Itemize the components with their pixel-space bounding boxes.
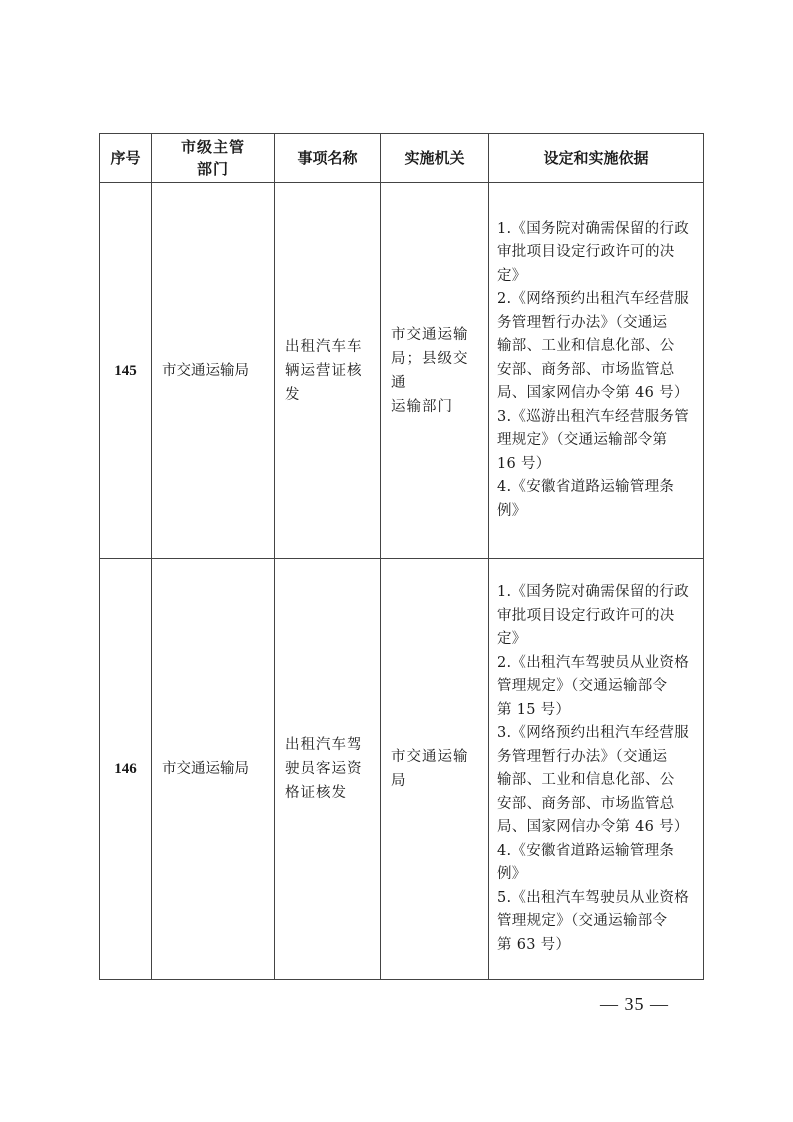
item-line: 发: [285, 383, 374, 407]
basis-line: 管理规定》（交通运输部令: [497, 910, 695, 934]
row-seq: 145: [100, 183, 152, 559]
approval-items-table: 序号 市级主管 部门 事项名称 实施机关 设定和实施依据 145 市交通运输局 …: [99, 133, 704, 980]
basis-line: 5.《出租汽车驾驶员从业资格: [497, 887, 695, 911]
basis-line: 安部、商务部、市场监管总: [497, 793, 695, 817]
basis-line: 审批项目设定行政许可的决: [497, 241, 695, 265]
basis-line: 3.《网络预约出租汽车经营服: [497, 722, 695, 746]
basis-line: 安部、商务部、市场监管总: [497, 359, 695, 383]
row-basis: 1.《国务院对确需保留的行政 审批项目设定行政许可的决 定》 2.《网络预约出租…: [489, 183, 704, 559]
basis-line: 务管理暂行办法》（交通运: [497, 312, 695, 336]
basis-line: 例》: [497, 500, 695, 524]
org-line: 局: [391, 769, 482, 793]
row-dept: 市交通运输局: [152, 183, 275, 559]
row-item-name: 出租汽车车 辆运营证核 发: [275, 183, 381, 559]
item-line: 驶员客运资: [285, 757, 374, 781]
basis-line: 16 号）: [497, 453, 695, 477]
item-line: 辆运营证核: [285, 359, 374, 383]
basis-line: 1.《国务院对确需保留的行政: [497, 581, 695, 605]
header-dept-line2: 部门: [152, 158, 274, 180]
header-dept-line1: 市级主管: [152, 136, 274, 158]
basis-line: 审批项目设定行政许可的决: [497, 605, 695, 629]
table-header-row: 序号 市级主管 部门 事项名称 实施机关 设定和实施依据: [100, 134, 704, 183]
row-basis: 1.《国务院对确需保留的行政 审批项目设定行政许可的决 定》 2.《出租汽车驾驶…: [489, 559, 704, 980]
basis-line: 4.《安徽省道路运输管理条: [497, 840, 695, 864]
row-item-name: 出租汽车驾 驶员客运资 格证核发: [275, 559, 381, 980]
header-org: 实施机关: [381, 134, 489, 183]
basis-line: 理规定》（交通运输部令第: [497, 429, 695, 453]
header-basis: 设定和实施依据: [489, 134, 704, 183]
item-line: 格证核发: [285, 781, 374, 805]
basis-line: 定》: [497, 265, 695, 289]
item-line: 出租汽车驾: [285, 733, 374, 757]
page-number: — 35 —: [600, 994, 669, 1015]
org-line: 市交通运输: [391, 323, 482, 347]
table-row: 146 市交通运输局 出租汽车驾 驶员客运资 格证核发 市交通运输 局 1.《国…: [100, 559, 704, 980]
table-row: 145 市交通运输局 出租汽车车 辆运营证核 发 市交通运输 局；县级交通 运输…: [100, 183, 704, 559]
org-line: 运输部门: [391, 395, 482, 419]
item-line: 出租汽车车: [285, 335, 374, 359]
basis-line: 例》: [497, 863, 695, 887]
basis-line: 输部、工业和信息化部、公: [497, 335, 695, 359]
basis-line: 4.《安徽省道路运输管理条: [497, 476, 695, 500]
basis-line: 1.《国务院对确需保留的行政: [497, 218, 695, 242]
row-org: 市交通运输 局；县级交通 运输部门: [381, 183, 489, 559]
row-dept: 市交通运输局: [152, 559, 275, 980]
basis-line: 输部、工业和信息化部、公: [497, 769, 695, 793]
org-line: 局；县级交通: [391, 347, 482, 395]
basis-line: 管理规定》（交通运输部令: [497, 675, 695, 699]
row-seq: 146: [100, 559, 152, 980]
basis-line: 局、国家网信办令第 46 号）: [497, 816, 695, 840]
basis-line: 3.《巡游出租汽车经营服务管: [497, 406, 695, 430]
header-dept: 市级主管 部门: [152, 134, 275, 183]
org-line: 市交通运输: [391, 745, 482, 769]
basis-line: 2.《网络预约出租汽车经营服: [497, 288, 695, 312]
basis-line: 第 15 号）: [497, 699, 695, 723]
basis-line: 第 63 号）: [497, 934, 695, 958]
row-org: 市交通运输 局: [381, 559, 489, 980]
header-seq: 序号: [100, 134, 152, 183]
basis-line: 局、国家网信办令第 46 号）: [497, 382, 695, 406]
basis-line: 2.《出租汽车驾驶员从业资格: [497, 652, 695, 676]
basis-line: 务管理暂行办法》（交通运: [497, 746, 695, 770]
header-item: 事项名称: [275, 134, 381, 183]
basis-line: 定》: [497, 628, 695, 652]
